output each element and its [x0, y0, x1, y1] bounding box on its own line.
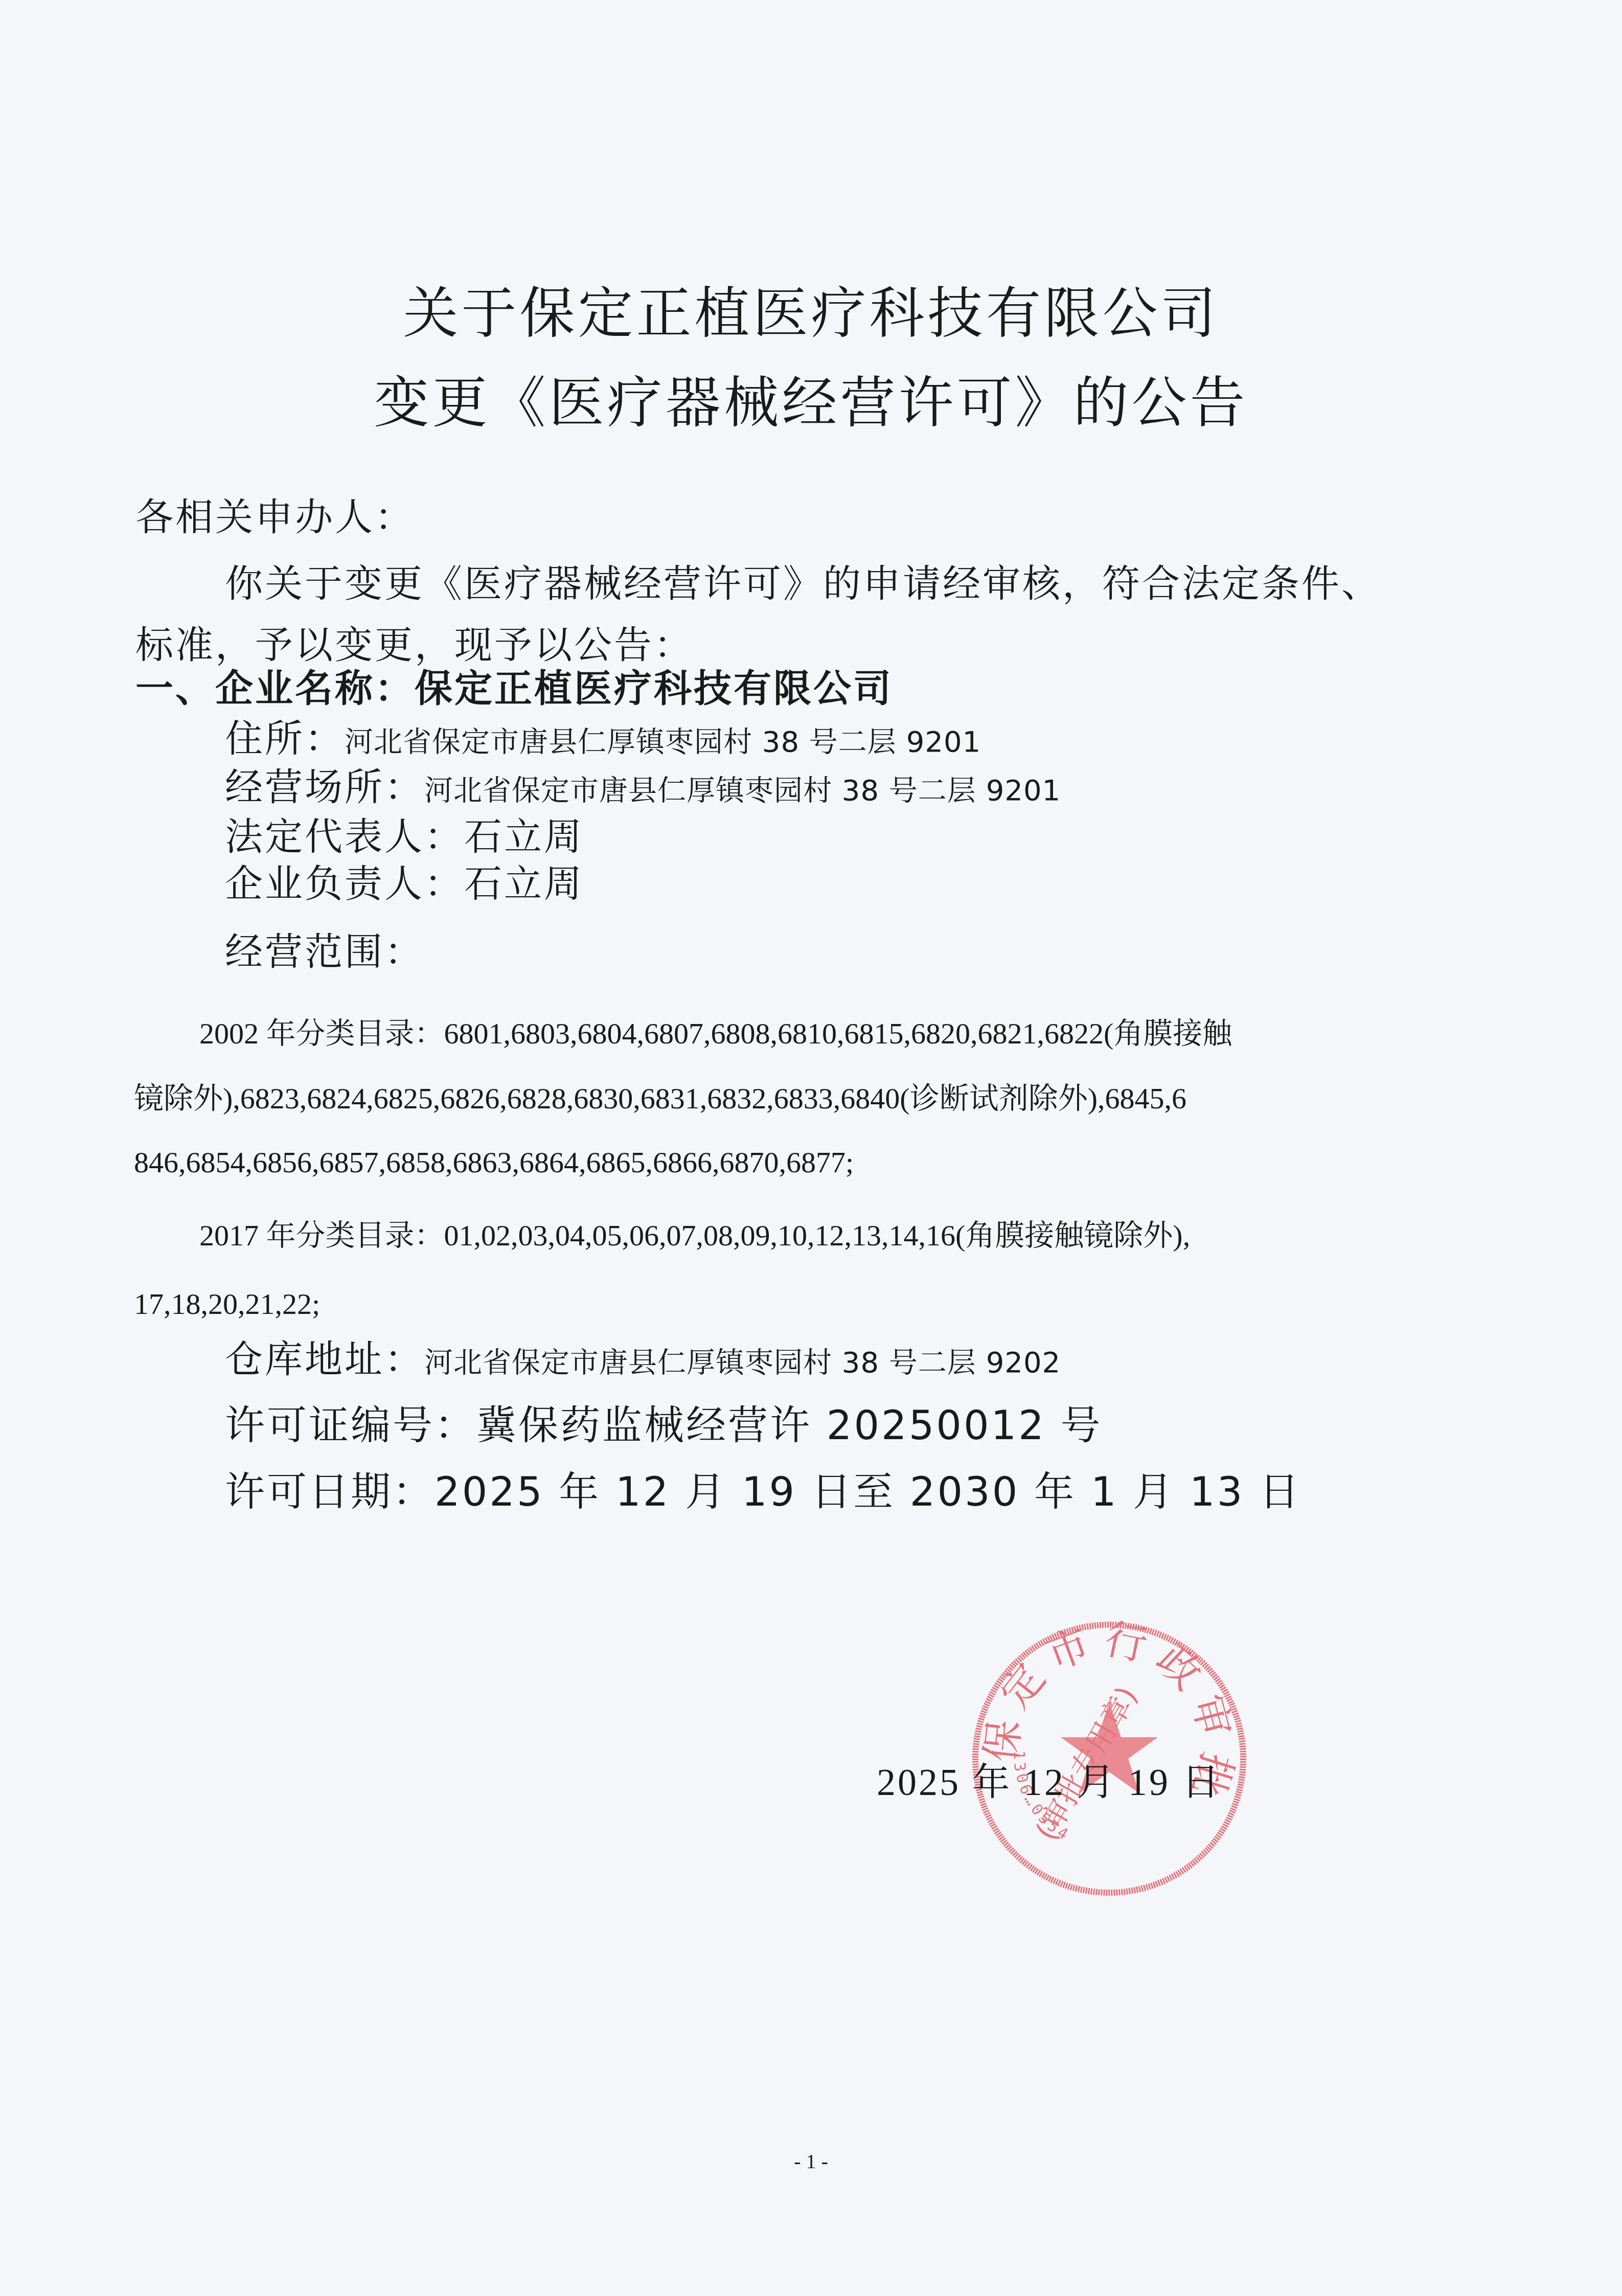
license-date-value: 2025 年 12 月 19 日至 2030 年 1 月 13 日: [435, 1469, 1301, 1515]
page-number: - 1 -: [0, 2151, 1622, 2172]
person-in-charge-row: 企业负责人：石立周: [225, 865, 584, 903]
warehouse-row: 仓库地址：河北省保定市唐县仁厚镇枣园村 38 号二层 9202: [225, 1340, 1061, 1378]
company-name-row: 一、企业名称：保定正植医疗科技有限公司: [135, 670, 893, 708]
license-number-value: 冀保药监械经营许 20250012 号: [476, 1403, 1103, 1449]
residence-value: 河北省保定市唐县仁厚镇枣园村 38 号二层 9201: [345, 725, 981, 759]
official-seal-stamp: 保定市行政审批局 (审批专用章) 1306…0554: [966, 1616, 1252, 1902]
salutation: 各相关申办人：: [135, 498, 415, 536]
warehouse-value: 河北省保定市唐县仁厚镇枣园村 38 号二层 9202: [424, 1346, 1061, 1379]
intro-line-1: 你关于变更《医疗器械经营许可》的申请经审核，符合法定条件、: [225, 565, 1381, 603]
license-date-row: 许可日期：2025 年 12 月 19 日至 2030 年 1 月 13 日: [225, 1472, 1301, 1512]
seal-icon: 保定市行政审批局 (审批专用章) 1306…0554: [966, 1616, 1252, 1902]
license-number-row: 许可证编号：冀保药监械经营许 20250012 号: [225, 1406, 1103, 1446]
scope-2017-line-1: 2017 年分类目录：01,02,03,04,05,06,07,08,09,10…: [199, 1221, 1190, 1251]
legal-rep-label: 法定代表人：: [225, 815, 464, 859]
legal-rep-row: 法定代表人：石立周: [225, 818, 584, 856]
scope-2017-line-2: 17,18,20,21,22;: [134, 1289, 320, 1319]
residence-row: 住所：河北省保定市唐县仁厚镇枣园村 38 号二层 9201: [225, 720, 981, 758]
business-premises-value: 河北省保定市唐县仁厚镇枣园村 38 号二层 9201: [424, 774, 1061, 807]
license-date-label: 许可日期：: [225, 1469, 435, 1515]
scope-2002-line-3: 846,6854,6856,6857,6858,6863,6864,6865,6…: [134, 1148, 854, 1177]
license-number-label: 许可证编号：: [225, 1403, 476, 1449]
warehouse-label: 仓库地址：: [225, 1337, 424, 1381]
legal-rep-value: 石立周: [464, 815, 584, 859]
title-line-2: 变更《医疗器械经营许可》的公告: [0, 376, 1622, 431]
scope-2002-line-1: 2002 年分类目录：6801,6803,6804,6807,6808,6810…: [199, 1019, 1232, 1049]
business-premises-label: 经营场所：: [225, 765, 424, 809]
scope-label: 经营范围：: [225, 933, 424, 971]
person-in-charge-label: 企业负责人：: [225, 862, 464, 906]
business-premises-row: 经营场所：河北省保定市唐县仁厚镇枣园村 38 号二层 9201: [225, 768, 1061, 806]
residence-label: 住所：: [225, 717, 345, 761]
title-line-1: 关于保定正植医疗科技有限公司: [0, 286, 1622, 342]
company-name-value: 保定正植医疗科技有限公司: [415, 667, 893, 711]
signature-date: 2025 年 12 月 19 日: [877, 1764, 1222, 1802]
scope-2002-line-2: 镜除外),6823,6824,6825,6826,6828,6830,6831,…: [134, 1084, 1186, 1113]
person-in-charge-value: 石立周: [464, 862, 584, 906]
intro-line-2: 标准，予以变更，现予以公告：: [135, 626, 694, 664]
company-name-label: 一、企业名称：: [135, 667, 415, 711]
